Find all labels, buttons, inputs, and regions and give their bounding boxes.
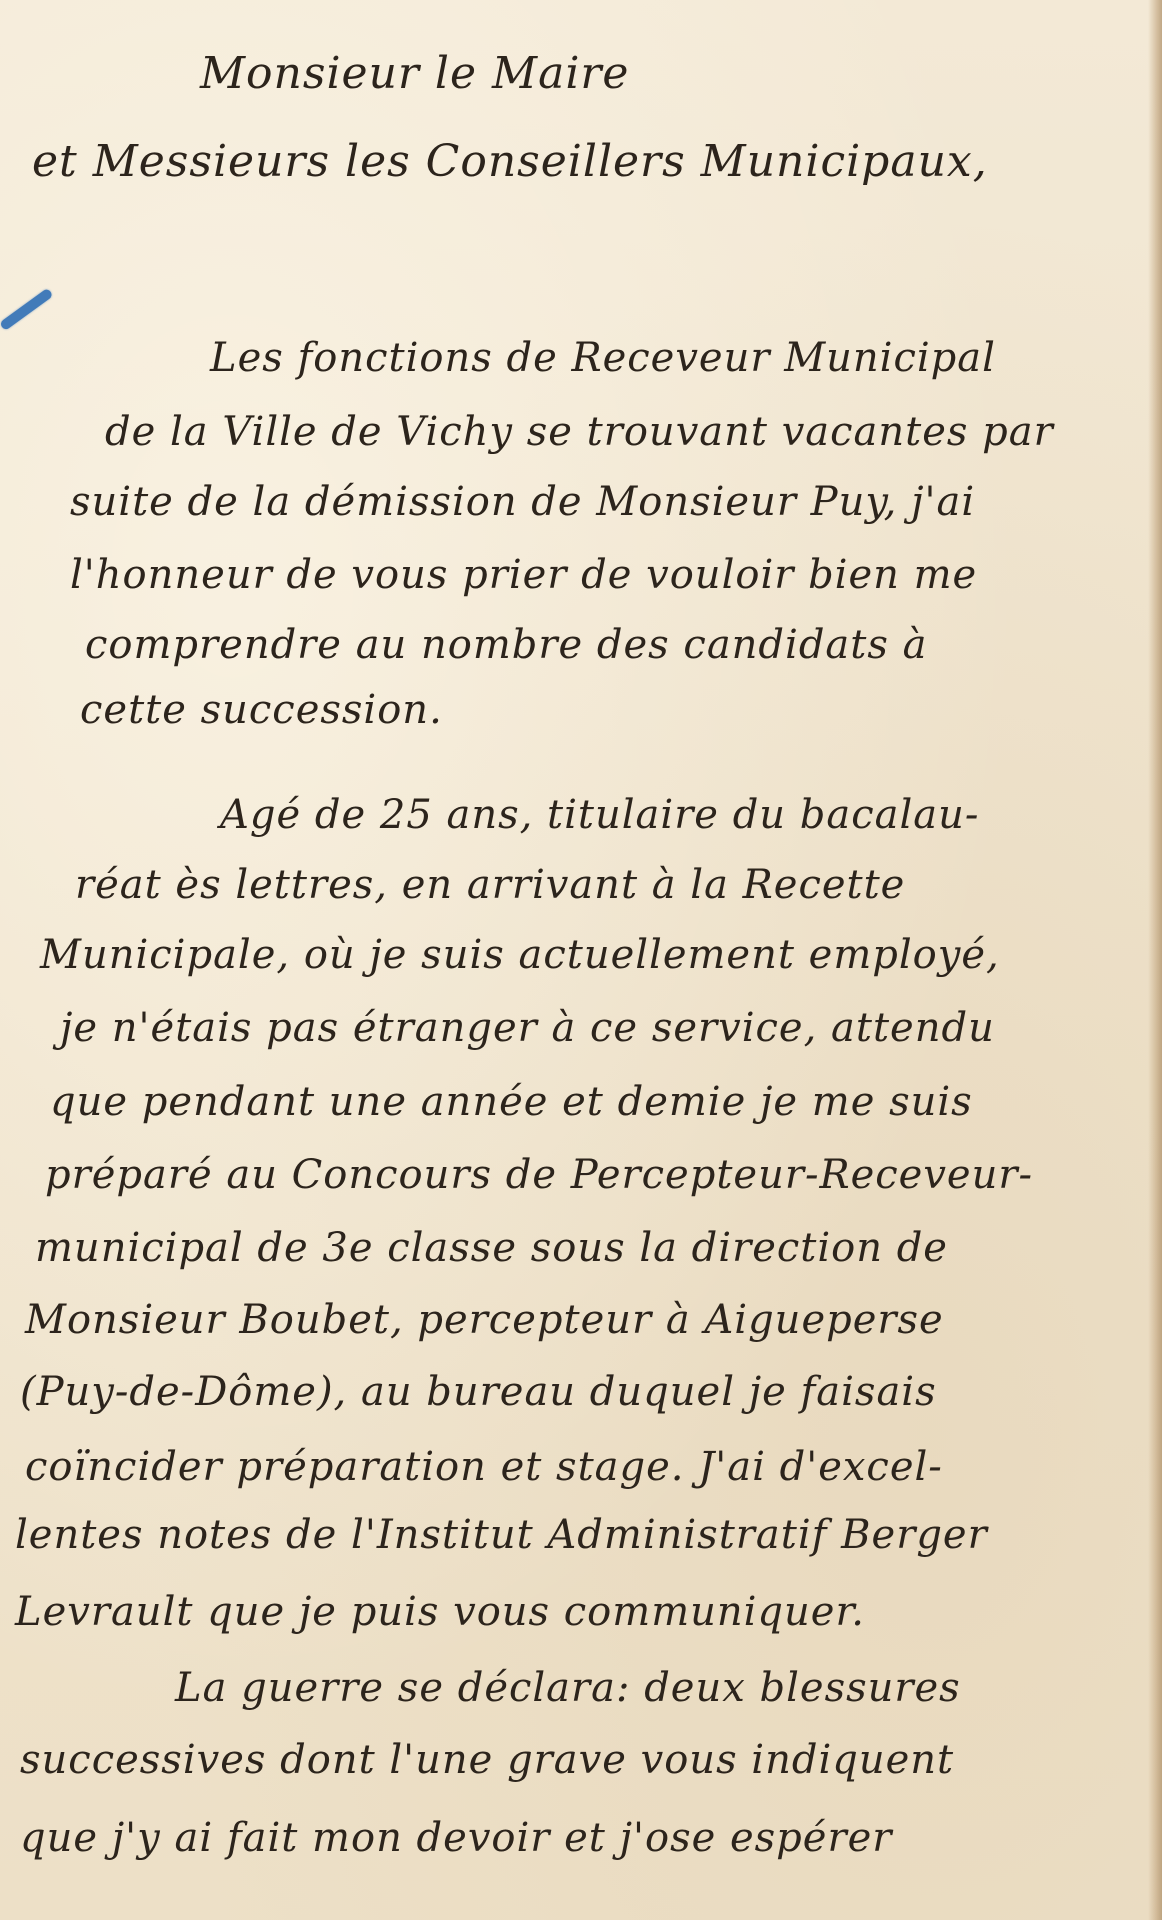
paragraph-1-line-1: Les fonctions de Receveur Municipal [210, 338, 996, 378]
salutation-line-2: et Messieurs les Conseillers Municipaux, [32, 140, 988, 184]
paragraph-2-line-5: que pendant une année et demie je me sui… [50, 1082, 973, 1122]
paragraph-2-line-3: Municipale, où je suis actuellement empl… [40, 935, 1000, 975]
paragraph-3-line-2: successives dont l'une grave vous indiqu… [20, 1740, 954, 1780]
paragraph-3-line-1: La guerre se déclara: deux blessures [175, 1668, 961, 1708]
paragraph-2-line-10: coïncider préparation et stage. J'ai d'e… [25, 1447, 943, 1487]
paragraph-2-line-4: je n'étais pas étranger à ce service, at… [60, 1008, 995, 1048]
paragraph-1-line-2: de la Ville de Vichy se trouvant vacante… [105, 412, 1054, 452]
paragraph-2-line-9: (Puy-de-Dôme), au bureau duquel je faisa… [20, 1372, 937, 1412]
blue-pencil-margin-mark [0, 288, 53, 331]
paragraph-2-line-12: Levrault que je puis vous communiquer. [15, 1592, 865, 1632]
paragraph-1-line-3: suite de la démission de Monsieur Puy, j… [70, 482, 975, 522]
paragraph-2-line-11: lentes notes de l'Institut Administratif… [15, 1515, 988, 1555]
paragraph-2-line-7: municipal de 3e classe sous la direction… [35, 1228, 948, 1268]
paragraph-1-line-4: l'honneur de vous prier de vouloir bien … [70, 555, 977, 595]
paragraph-2-line-2: réat ès lettres, en arrivant à la Recett… [75, 865, 905, 905]
paper-edge [1148, 0, 1162, 1920]
salutation-line-1: Monsieur le Maire [200, 52, 629, 96]
letter-page: Monsieur le Maire et Messieurs les Conse… [0, 0, 1162, 1920]
paragraph-2-line-6: préparé au Concours de Percepteur-Receve… [45, 1155, 1033, 1195]
paragraph-2-line-1: Agé de 25 ans, titulaire du bacalau- [220, 795, 979, 835]
paragraph-3-line-3: que j'y ai fait mon devoir et j'ose espé… [20, 1818, 892, 1858]
paragraph-2-line-8: Monsieur Boubet, percepteur à Aigueperse [25, 1300, 944, 1340]
paragraph-1-line-6: cette succession. [80, 690, 443, 730]
paragraph-1-line-5: comprendre au nombre des candidats à [85, 625, 927, 665]
